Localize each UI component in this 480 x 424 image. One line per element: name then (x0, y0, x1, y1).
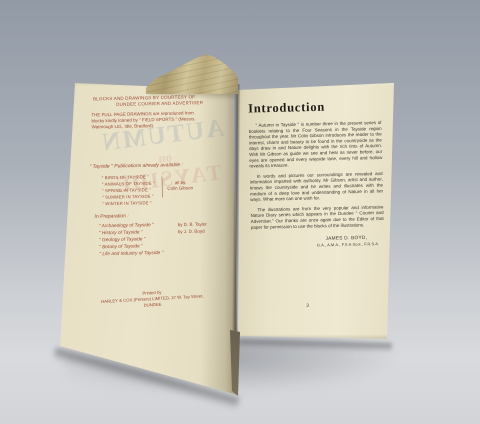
available-list: " BIRDS OF TAYSIDE " " ANIMALS OF TAYSID… (102, 173, 194, 207)
right-page: Introduction " Autumn in Tayside " is nu… (236, 80, 396, 342)
book-author: by J. D. Boyd (178, 228, 205, 236)
in-preparation-heading: In Preparation : (94, 213, 128, 219)
left-page-text: BLOCKS AND DRAWINGS BY COURTESY OF DUNDE… (88, 94, 210, 316)
introduction-heading: Introduction (248, 99, 381, 116)
right-page-text: Introduction " Autumn in Tayside " is nu… (248, 99, 386, 317)
torn-dust-jacket (146, 50, 238, 94)
book-title: " Life and Industry of Tayside " (99, 249, 178, 258)
available-heading: " Tayside " Publications already availab… (89, 162, 183, 169)
intro-paragraph-1: " Autumn in Tayside " is number three in… (248, 120, 382, 169)
signature-titles: D.A., A.M.A., F.S.A.Scot., F.R.S.A. (251, 241, 384, 249)
credits-block: BLOCKS AND DRAWINGS BY COURTESY OF DUNDE… (93, 94, 203, 108)
byline-line-2: Colin Gibson (167, 185, 193, 191)
signature-block: JAMES D. BOYD, D.A., A.M.A., F.S.A.Scot.… (251, 234, 384, 249)
available-byline: all by Colin Gibson (167, 180, 193, 206)
left-page: AUTUMN on TAYSIDE BLOCKS AND DRAWINGS BY… (58, 80, 240, 398)
list-item: " WINTER IN TAYSIDE " (102, 200, 155, 208)
available-titles: " BIRDS OF TAYSIDE " " ANIMALS OF TAYSID… (102, 174, 156, 208)
page-number: 3 (253, 301, 363, 308)
printer-imprint: Printed by HARLEY & COX (Printers) LIMIT… (92, 286, 213, 311)
vertical-rule (162, 176, 163, 197)
blocks-note: THE FULL PAGE DRAWINGS are reproduced fr… (91, 110, 205, 130)
list-item: " Life and Industry of Tayside " (99, 249, 207, 258)
intro-paragraph-2: In words and pictures our surroundings a… (250, 171, 384, 203)
photo-backdrop: AUTUMN on TAYSIDE BLOCKS AND DRAWINGS BY… (0, 0, 480, 424)
intro-paragraph-3: The illustrations are from the very popu… (250, 204, 383, 230)
in-preparation-list: " Archaeology of Tayside " by D. B. Tayl… (99, 221, 208, 258)
